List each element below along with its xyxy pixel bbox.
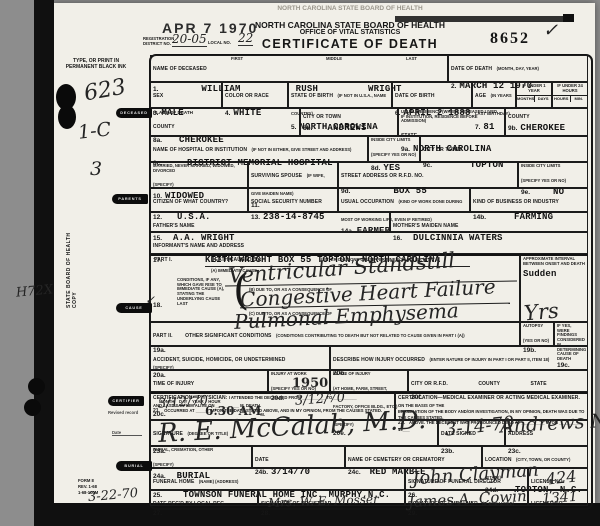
tab-deceased: DECEASED (116, 108, 152, 118)
field-label: COUNTY (508, 115, 585, 121)
field-state-of-birth: STATE OF BIRTH (IF NOT IN U.S.A., NAME C… (288, 82, 392, 108)
field-if-under-24-hours: IF UNDER 24 HOURS HOURSMIN. (552, 82, 588, 108)
field-city-or-town: CITY OR TOWN 8b. ANDREWS (300, 108, 398, 136)
clipped-header-text: NORTH CAROLINA STATE BOARD OF HEALTH (240, 5, 460, 12)
sub-label: (SPECIFY YES OR NO) (371, 152, 416, 157)
field-label: INFORMANT'S NAME AND ADDRESS (153, 243, 244, 249)
sub-label: DAYS (534, 96, 551, 101)
item-number: 9b. (508, 125, 517, 132)
field-place-of-injury: PLACE OF INJURY (AT HOME, FARM, STREET, … (330, 370, 408, 392)
field-informant: INFORMANT'S NAME AND ADDRESS 17. KEITH W… (150, 232, 588, 254)
interval-label: BETWEEN ONSET AND DEATH (523, 262, 585, 267)
hole-punch-mark (28, 378, 45, 395)
death-certificate-scan: NORTH CAROLINA STATE BOARD OF HEALTH APR… (0, 0, 600, 526)
field-residence-city: CITY OR TOWN 9c. TOPTON (420, 136, 588, 162)
local-no-label: LOCAL NO. (208, 40, 231, 45)
field-injury-location: CITY OR R.F.D. COUNTY STATE 20f. (408, 370, 588, 392)
field-label: DATE (255, 457, 269, 463)
field-hospital: NAME OF HOSPITAL OR INSTITUTION (IF NOT … (150, 136, 368, 162)
field-label: ACCIDENT, SUICIDE, HOMICIDE, OR UNDETERM… (153, 357, 285, 363)
field-name-of-deceased: NAME OF DECEASED FIRST MIDDLE LAST 1. WI… (150, 55, 448, 82)
field-label: INSIDE CITY LIMITS (521, 164, 585, 169)
field-label: SOCIAL SECURITY NUMBER (251, 199, 322, 205)
sub-label: (IF NOT IN EITHER, GIVE STREET AND ADDRE… (251, 147, 351, 152)
sub-label: MIDDLE (326, 57, 342, 62)
field-label: USUAL OCCUPATION (341, 199, 394, 205)
field-label: FUNERAL HOME (153, 479, 194, 485)
sub-label: (YES OR NO) (523, 338, 549, 343)
registration-district-value: 20-05 (172, 32, 207, 47)
field-street-address: STREET ADDRESS OR R.F.D. NO. 9d. BOX 55 (338, 162, 518, 188)
sub-label: COUNTY (478, 381, 500, 387)
field-label: PLACE OF INJURY (333, 372, 405, 377)
field-residence-county: COUNTY 9b. CHEROKEE (505, 108, 588, 136)
scan-edge-left (34, 0, 54, 512)
field-label: DATE OF DEATH (451, 66, 492, 72)
field-label: CITY OR TOWN (303, 115, 395, 121)
field-if-under-1-year: IF UNDER 1 YEAR MONTHSDAYS (516, 82, 552, 108)
field-label: COUNTY (153, 124, 175, 130)
field-label: MARRIED, NEVER MARRIED, WIDOWED, DIVORCE… (153, 164, 245, 173)
field-label: TIME OF INJURY (153, 381, 194, 387)
field-residence-state: USUAL RESIDENCE (WHERE DECEASED LIVED. I… (398, 108, 505, 136)
local-no-value: 22 (238, 31, 253, 46)
sub-label: MIN. (570, 96, 588, 101)
field-how-injury-occurred: DESCRIBE HOW INJURY OCCURRED (ENTER NATU… (330, 346, 588, 370)
sub-label: FIRST (231, 57, 243, 62)
field-label: BURIAL, CREMATION, OTHER (153, 448, 249, 453)
field-industry: KIND OF BUSINESS OR INDUSTRY 14b. FARMIN… (470, 188, 588, 212)
sub-label: (CONDITIONS CONTRIBUTING TO DEATH BUT NO… (276, 333, 465, 338)
tab-parents: PARENTS (112, 194, 148, 204)
tab-burial: BURIAL (116, 461, 152, 471)
field-inside-city-limits-1: INSIDE CITY LIMITS (SPECIFY YES OR NO) 8… (368, 136, 420, 162)
sub-label: (NAME) (ADDRESS) (199, 479, 239, 484)
field-label: NAME OF DECEASED (153, 66, 207, 72)
item-number: 28. (261, 510, 270, 517)
other-conditions-label: OTHER SIGNIFICANT CONDITIONS (185, 333, 271, 339)
margin-annotation-1c: 1-C (77, 118, 112, 143)
certificate-number: 8652 (470, 30, 550, 48)
tab-date-label: Date (112, 430, 142, 436)
field-occupation: USUAL OCCUPATION (KIND OF WORK DONE DURI… (338, 188, 470, 212)
tab-certifier: CERTIFIER (108, 396, 144, 406)
certification-me-title: CERTIFICATION—MEDICAL EXAMINER OR ACTING… (398, 395, 580, 401)
field-label: DATE REC'D BY LOCAL REG. (153, 501, 226, 507)
sub-label: MONTHS (517, 96, 534, 101)
sub-label: (SPECIFY YES OR NO) (521, 178, 566, 183)
part1-label: PART I. (154, 258, 172, 264)
interval-a-value: Sudden (523, 269, 585, 279)
field-time-of-injury: TIME OF INJURY MONTH DAY YEAR HOUR 20c. … (150, 370, 268, 392)
field-label: SURVIVING SPOUSE (251, 173, 302, 179)
sub-label: LAST (406, 57, 417, 62)
print-instruction: TYPE, OR PRINT IN PERMANENT BLACK INK (62, 58, 130, 70)
checkmark-annotation: ✓ (543, 20, 558, 41)
field-label: SEX (153, 93, 163, 99)
sub-label: HOURS (553, 96, 570, 101)
sub-label: STATE (531, 381, 547, 387)
field-funeral-home: FUNERAL HOME (NAME) (ADDRESS) 25. TOWNSO… (150, 468, 405, 490)
field-label: COLOR OR RACE (225, 93, 269, 99)
director-license-value: 424 (545, 466, 577, 488)
field-sex: SEX 3. MALE (150, 82, 222, 108)
field-label: CITIZEN OF WHAT COUNTRY? (153, 199, 228, 205)
item-number: 27. (153, 510, 162, 517)
city-value: ANDREWS (327, 123, 366, 133)
field-burial-date: DATE 24b. 3/14/70 (252, 446, 345, 468)
field-label: STATE OF BIRTH (291, 93, 333, 99)
field-date-of-death: DATE OF DEATH (MONTH, DAY, YEAR) 2. MARC… (448, 55, 588, 82)
field-citizen: CITIZEN OF WHAT COUNTRY? 12. U.S.A. (150, 188, 248, 212)
interval-c-value: Yrs (523, 299, 560, 326)
residence-county-value: CHEROKEE (520, 123, 565, 133)
field-surviving-spouse: SURVIVING SPOUSE (IF WIFE, GIVE MAIDEN N… (248, 162, 338, 188)
hole-punch-mark (24, 399, 41, 416)
ink-blot (58, 105, 76, 129)
field-label: INSIDE CITY LIMITS (371, 138, 417, 143)
field-autopsy-findings: IF YES, WERE FINDINGS CONSIDERED IN DETE… (554, 322, 588, 346)
checkmark-annotation: ✓ (145, 294, 155, 307)
item-number: 8b. (303, 125, 312, 132)
field-label: IF UNDER 24 HOURS (553, 84, 587, 93)
margin-annotation-3: 3 (90, 158, 102, 180)
field-date-received: DATE REC'D BY LOCAL REG. 27. (150, 490, 258, 506)
sub-label: (SPECIFY) (153, 182, 174, 187)
field-place-of-death-county: PLACE OF DEATH COUNTY 8a. CHEROKEE (150, 108, 300, 136)
field-label: CITY OR TOWN (423, 147, 461, 153)
tab-note: Revised record (108, 410, 138, 415)
field-inside-city-limits-2: INSIDE CITY LIMITS (SPECIFY YES OR NO) 9… (518, 162, 588, 188)
field-mother-maiden-name: MOTHER'S MAIDEN NAME 16. DULCINNIA WATER… (390, 212, 588, 232)
sub-label: (SPECIFY) (153, 462, 174, 467)
field-autopsy: AUTOPSY (YES OR NO) 19b. (520, 322, 554, 346)
field-date-of-birth: DATE OF BIRTH 6. APRIL 2 1888 (392, 82, 472, 108)
field-burial-type: BURIAL, CREMATION, OTHER (SPECIFY) 24a. … (150, 446, 252, 468)
field-label: KIND OF BUSINESS OR INDUSTRY (473, 199, 559, 205)
field-age: AGE (IN YEARS LAST BIRTHDAY) 7. 81 (472, 82, 516, 108)
group-label: PLACE OF DEATH (153, 110, 297, 115)
field-label: IF UNDER 1 YEAR (517, 84, 551, 93)
field-father-name: FATHER'S NAME 15. A.A. WRIGHT (150, 212, 390, 232)
embalmer-license-value: 1341 (541, 489, 578, 507)
sub-label: (ENTER NATURE OF INJURY IN PART I OR PAR… (429, 357, 549, 362)
field-label: NAME OF HOSPITAL OR INSTITUTION (153, 147, 247, 153)
field-label: STREET ADDRESS OR R.F.D. NO. (341, 173, 424, 179)
field-label: AGE (475, 93, 486, 99)
field-label: FATHER'S NAME (153, 223, 195, 229)
conditions-note: CONDITIONS, IF ANY, WHICH GAVE RISE TO I… (177, 278, 229, 306)
field-ssn: SOCIAL SECURITY NUMBER 13. 238-14-8745 (248, 188, 338, 212)
field-label: DATE OF BIRTH (395, 93, 435, 99)
copy-designation-vertical: STATE BOARD OF HEALTH COPY (66, 228, 78, 308)
field-label: NAME OF CEMETERY OR CREMATORY (348, 457, 445, 463)
form-number: FORM 8 (78, 478, 94, 483)
part2-label: PART II. (153, 333, 173, 339)
field-color-or-race: COLOR OR RACE 4. WHITE (222, 82, 288, 108)
office-title: OFFICE OF VITAL STATISTICS (250, 29, 450, 36)
field-label: MOTHER'S MAIDEN NAME (393, 223, 458, 229)
field-marital-status: MARRIED, NEVER MARRIED, WIDOWED, DIVORCE… (150, 162, 248, 188)
group-label: USUAL RESIDENCE (WHERE DECEASED LIVED. I… (401, 110, 502, 124)
field-accident-type: ACCIDENT, SUICIDE, HOMICIDE, OR UNDETERM… (150, 346, 330, 370)
scan-artifact (563, 14, 574, 22)
field-label: DESCRIBE HOW INJURY OCCURRED (333, 357, 425, 363)
attended-from-value: 1950 (292, 376, 328, 391)
sub-label: CITY OR R.F.D. (411, 381, 448, 387)
sub-label: (MONTH, DAY, YEAR) (497, 66, 539, 71)
certificate-title: CERTIFICATE OF DEATH (250, 37, 450, 51)
